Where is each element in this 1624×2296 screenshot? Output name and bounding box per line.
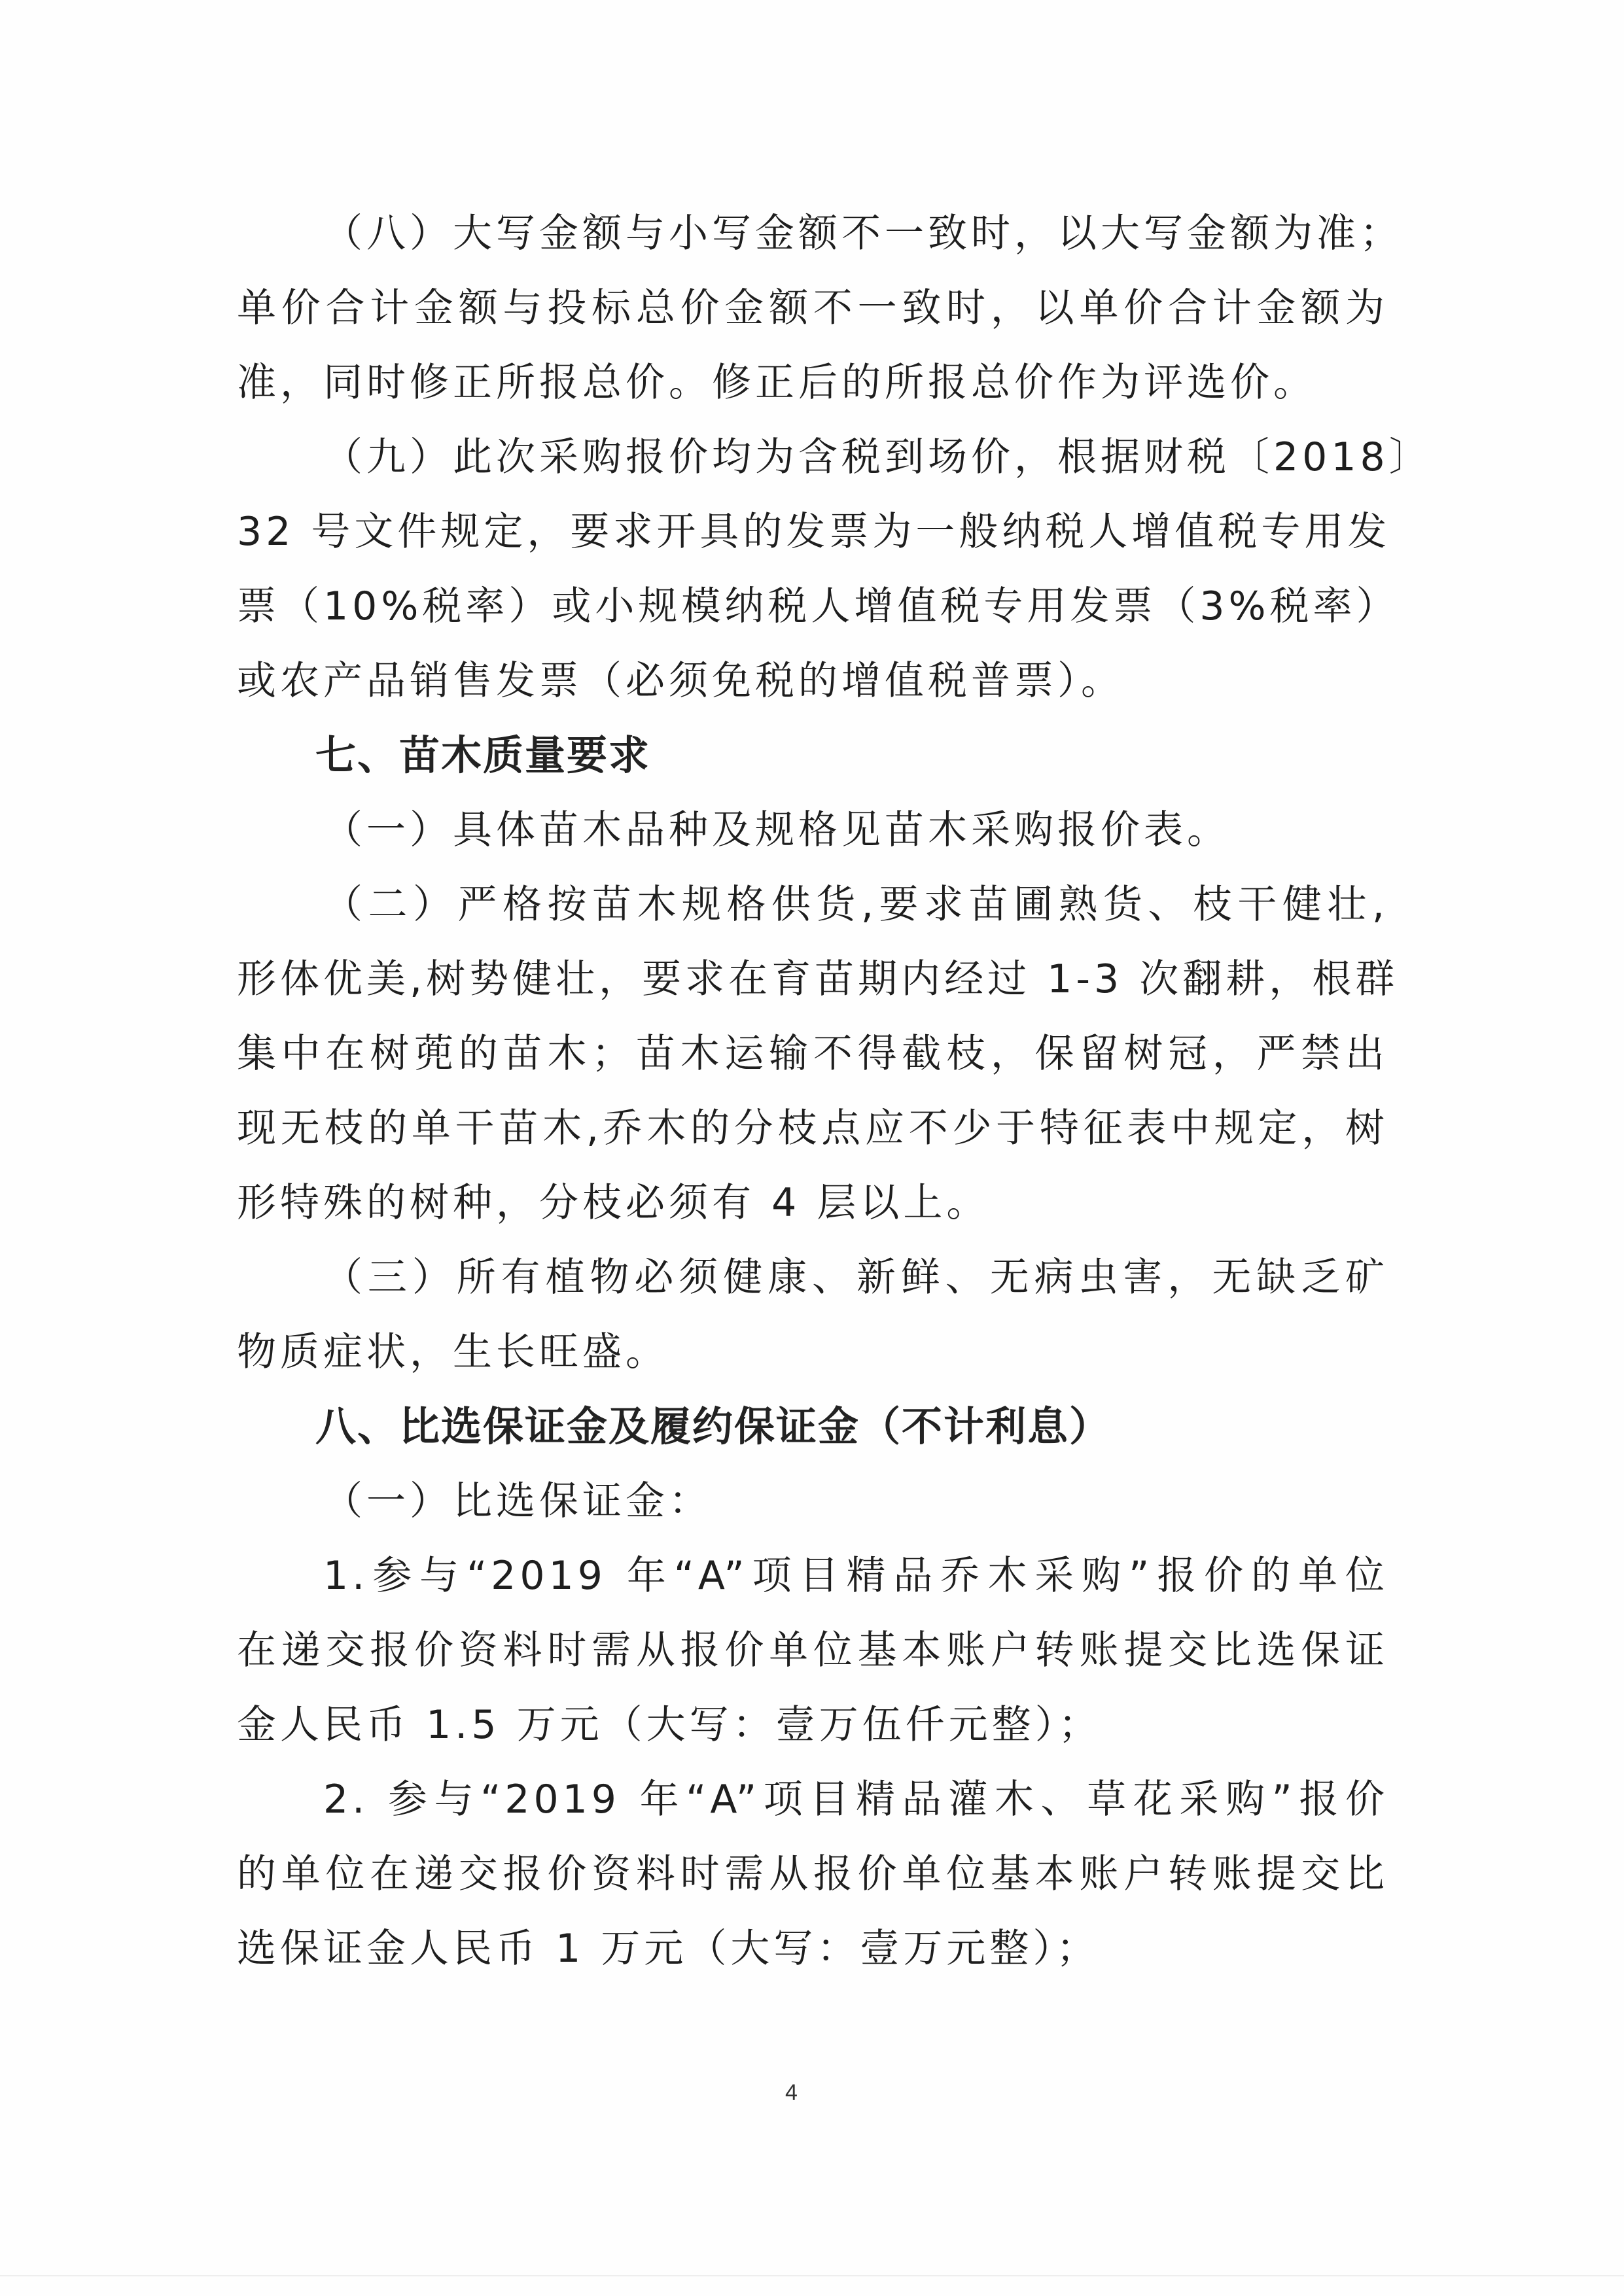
paragraph-item-9: （九）此次采购报价均为含税到场价，根据财税〔2018〕 32 号文件规定，要求开… [237,420,1388,718]
paragraph-section-7-item-3: （三）所有植物必须健康、新鲜、无病虫害，无缺乏矿 物质症状，生长旺盛。 [237,1240,1388,1389]
text-line: 金人民币 1.5 万元（大写：壹万伍仟元整）； [237,1688,1388,1762]
page-number: 4 [785,2080,798,2106]
text-line: （一）比选保证金： [237,1464,1388,1539]
scan-edge-line [0,2275,1624,2276]
text-line: 单价合计金额与投标总价金额不一致时，以单价合计金额为 [237,271,1388,345]
text-line: 票（10%税率）或小规模纳税人增值税专用发票（3%税率） [237,569,1388,644]
text-line: 的单位在递交报价资料时需从报价单位基本账户转账提交比 [237,1837,1388,1911]
section-heading-8: 八、比选保证金及履约保证金（不计利息） [237,1389,1388,1464]
text-line: 在递交报价资料时需从报价单位基本账户转账提交比选保证 [237,1613,1388,1688]
text-line: 1.参与“2019 年“A”项目精品乔木采购”报价的单位 [237,1539,1388,1613]
text-line: 集中在树蔸的苗木；苗木运输不得截枝，保留树冠，严禁出 [237,1017,1388,1091]
text-line: （一）具体苗木品种及规格见苗木采购报价表。 [237,793,1388,867]
paragraph-section-7-item-1: （一）具体苗木品种及规格见苗木采购报价表。 [237,793,1388,867]
text-line: （三）所有植物必须健康、新鲜、无病虫害，无缺乏矿 [237,1240,1388,1315]
paragraph-section-8-item-1: （一）比选保证金： [237,1464,1388,1539]
paragraph-section-8-item-1-1: 1.参与“2019 年“A”项目精品乔木采购”报价的单位 在递交报价资料时需从报… [237,1539,1388,1762]
text-line: 形特殊的树种，分枝必须有 4 层以上。 [237,1166,1388,1240]
paragraph-section-8-item-1-2: 2. 参与“2019 年“A”项目精品灌木、草花采购”报价 的单位在递交报价资料… [237,1762,1388,1986]
text-line: （二）严格按苗木规格供货,要求苗圃熟货、枝干健壮, [237,867,1388,942]
text-line: 形体优美,树势健壮，要求在育苗期内经过 1-3 次翻耕，根群 [237,942,1388,1017]
document-page: （八）大写金额与小写金额不一致时，以大写金额为准； 单价合计金额与投标总价金额不… [0,0,1624,2296]
page-content: （八）大写金额与小写金额不一致时，以大写金额为准； 单价合计金额与投标总价金额不… [237,196,1388,1986]
section-heading-7: 七、苗木质量要求 [237,718,1388,793]
paragraph-item-8: （八）大写金额与小写金额不一致时，以大写金额为准； 单价合计金额与投标总价金额不… [237,196,1388,420]
text-line: 2. 参与“2019 年“A”项目精品灌木、草花采购”报价 [237,1762,1388,1837]
text-line: 选保证金人民币 1 万元（大写：壹万元整）； [237,1911,1388,1986]
text-line: 现无枝的单干苗木,乔木的分枝点应不少于特征表中规定，树 [237,1091,1388,1166]
text-line: （九）此次采购报价均为含税到场价，根据财税〔2018〕 [237,420,1388,495]
text-line: 32 号文件规定，要求开具的发票为一般纳税人增值税专用发 [237,495,1388,569]
text-line: 准，同时修正所报总价。修正后的所报总价作为评选价。 [237,345,1388,420]
text-line: （八）大写金额与小写金额不一致时，以大写金额为准； [237,196,1388,271]
paragraph-section-7-item-2: （二）严格按苗木规格供货,要求苗圃熟货、枝干健壮, 形体优美,树势健壮，要求在育… [237,867,1388,1240]
text-line: 或农产品销售发票（必须免税的增值税普票）。 [237,644,1388,718]
text-line: 物质症状，生长旺盛。 [237,1315,1388,1389]
